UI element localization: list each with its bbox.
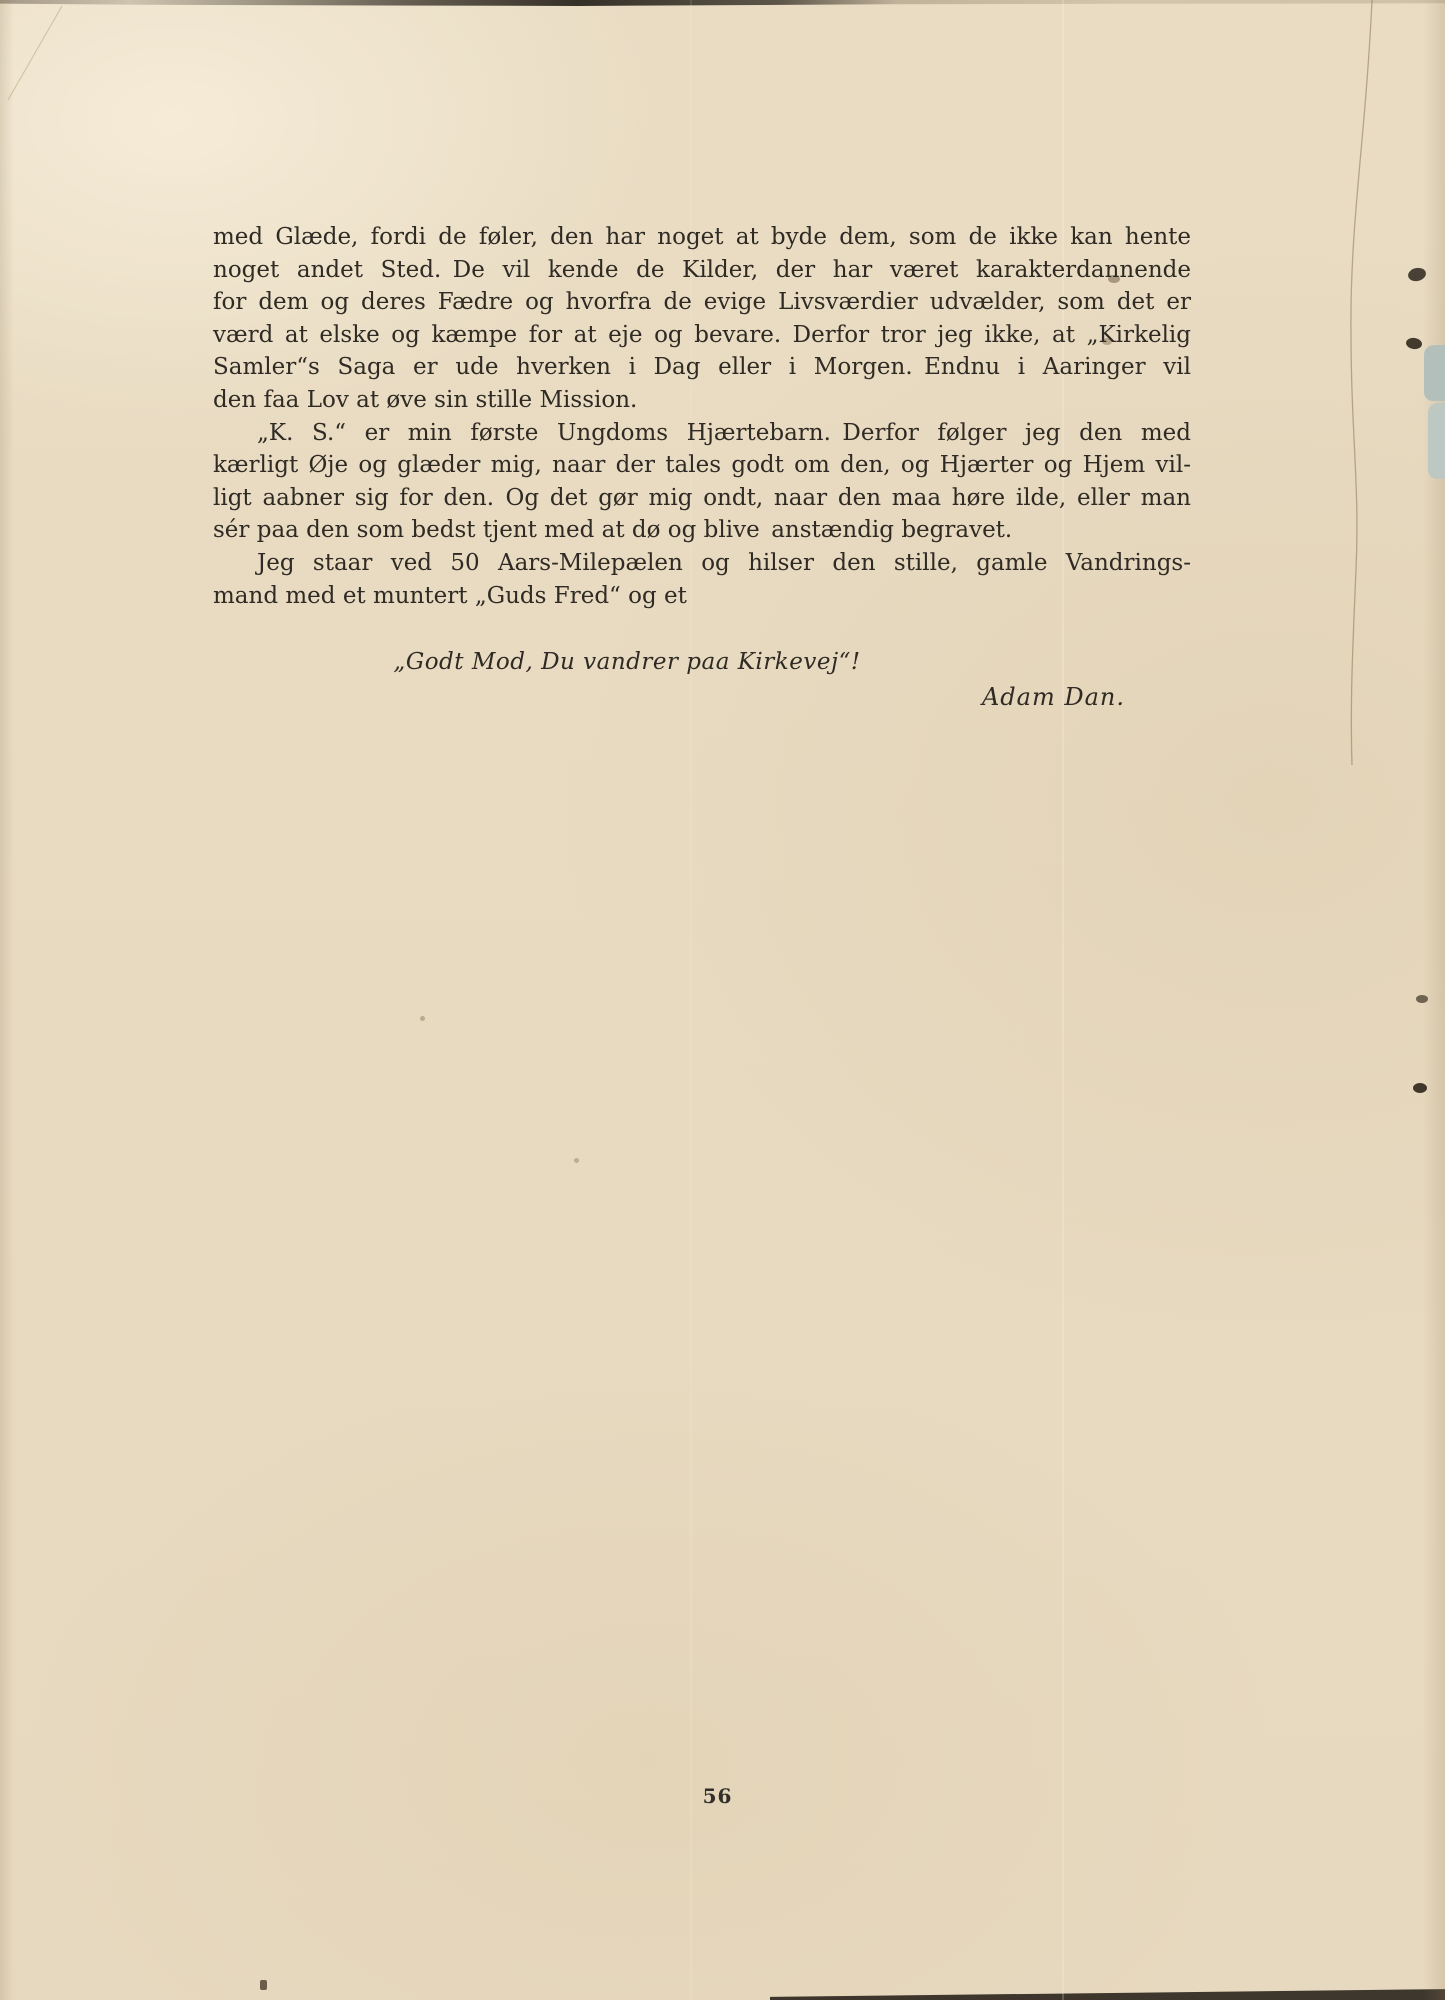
text-line: den faa Lov at øve sin stille Mission. (213, 384, 1191, 417)
stain-speck (420, 1016, 425, 1021)
torn-edge-patch (1428, 403, 1445, 479)
text-line: Jeg staar ved 50 Aars-Milepælen og hilse… (213, 547, 1191, 580)
stain-speck (574, 1158, 579, 1163)
page-number: 56 (0, 1784, 1445, 1808)
stain-speck (1413, 1083, 1427, 1093)
stain-speck (1405, 337, 1422, 350)
left-edge-shading (0, 0, 14, 2000)
text-line: ligt aabner sig for den. Og det gør mig … (213, 482, 1191, 515)
scan-top-edge-shadow (0, 0, 1445, 6)
stain-speck (1416, 995, 1428, 1003)
author-signature: Adam Dan. (213, 681, 1191, 714)
stain-speck (260, 1980, 267, 1990)
text-line: Samler“s Saga er ude hverken i Dag eller… (213, 351, 1191, 384)
scanned-book-page: med Glæde, fordi de føler, den har noget… (0, 0, 1445, 2000)
text-line: „K. S.“ er min første Ungdoms Hjærtebarn… (213, 417, 1191, 450)
text-line: værd at elske og kæmpe for at eje og bev… (213, 319, 1191, 352)
quote-line: „Godt Mod, Du vandrer paa Kirkevej“! (213, 646, 1191, 679)
text-line: noget andet Sted. De vil kende de Kilder… (213, 254, 1191, 287)
text-line: med Glæde, fordi de føler, den har noget… (213, 221, 1191, 254)
text-line: mand med et muntert „Guds Fred“ og et (213, 580, 1191, 613)
scan-bottom-edge-shadow (770, 1986, 1445, 2000)
text-line: for dem og deres Fædre og hvorfra de evi… (213, 286, 1191, 319)
text-line: sér paa den som bedst tjent med at dø og… (213, 514, 1191, 547)
text-line: kærligt Øje og glæder mig, naar der tale… (213, 449, 1191, 482)
body-text: med Glæde, fordi de føler, den har noget… (213, 221, 1191, 713)
torn-edge-patch (1424, 345, 1445, 401)
